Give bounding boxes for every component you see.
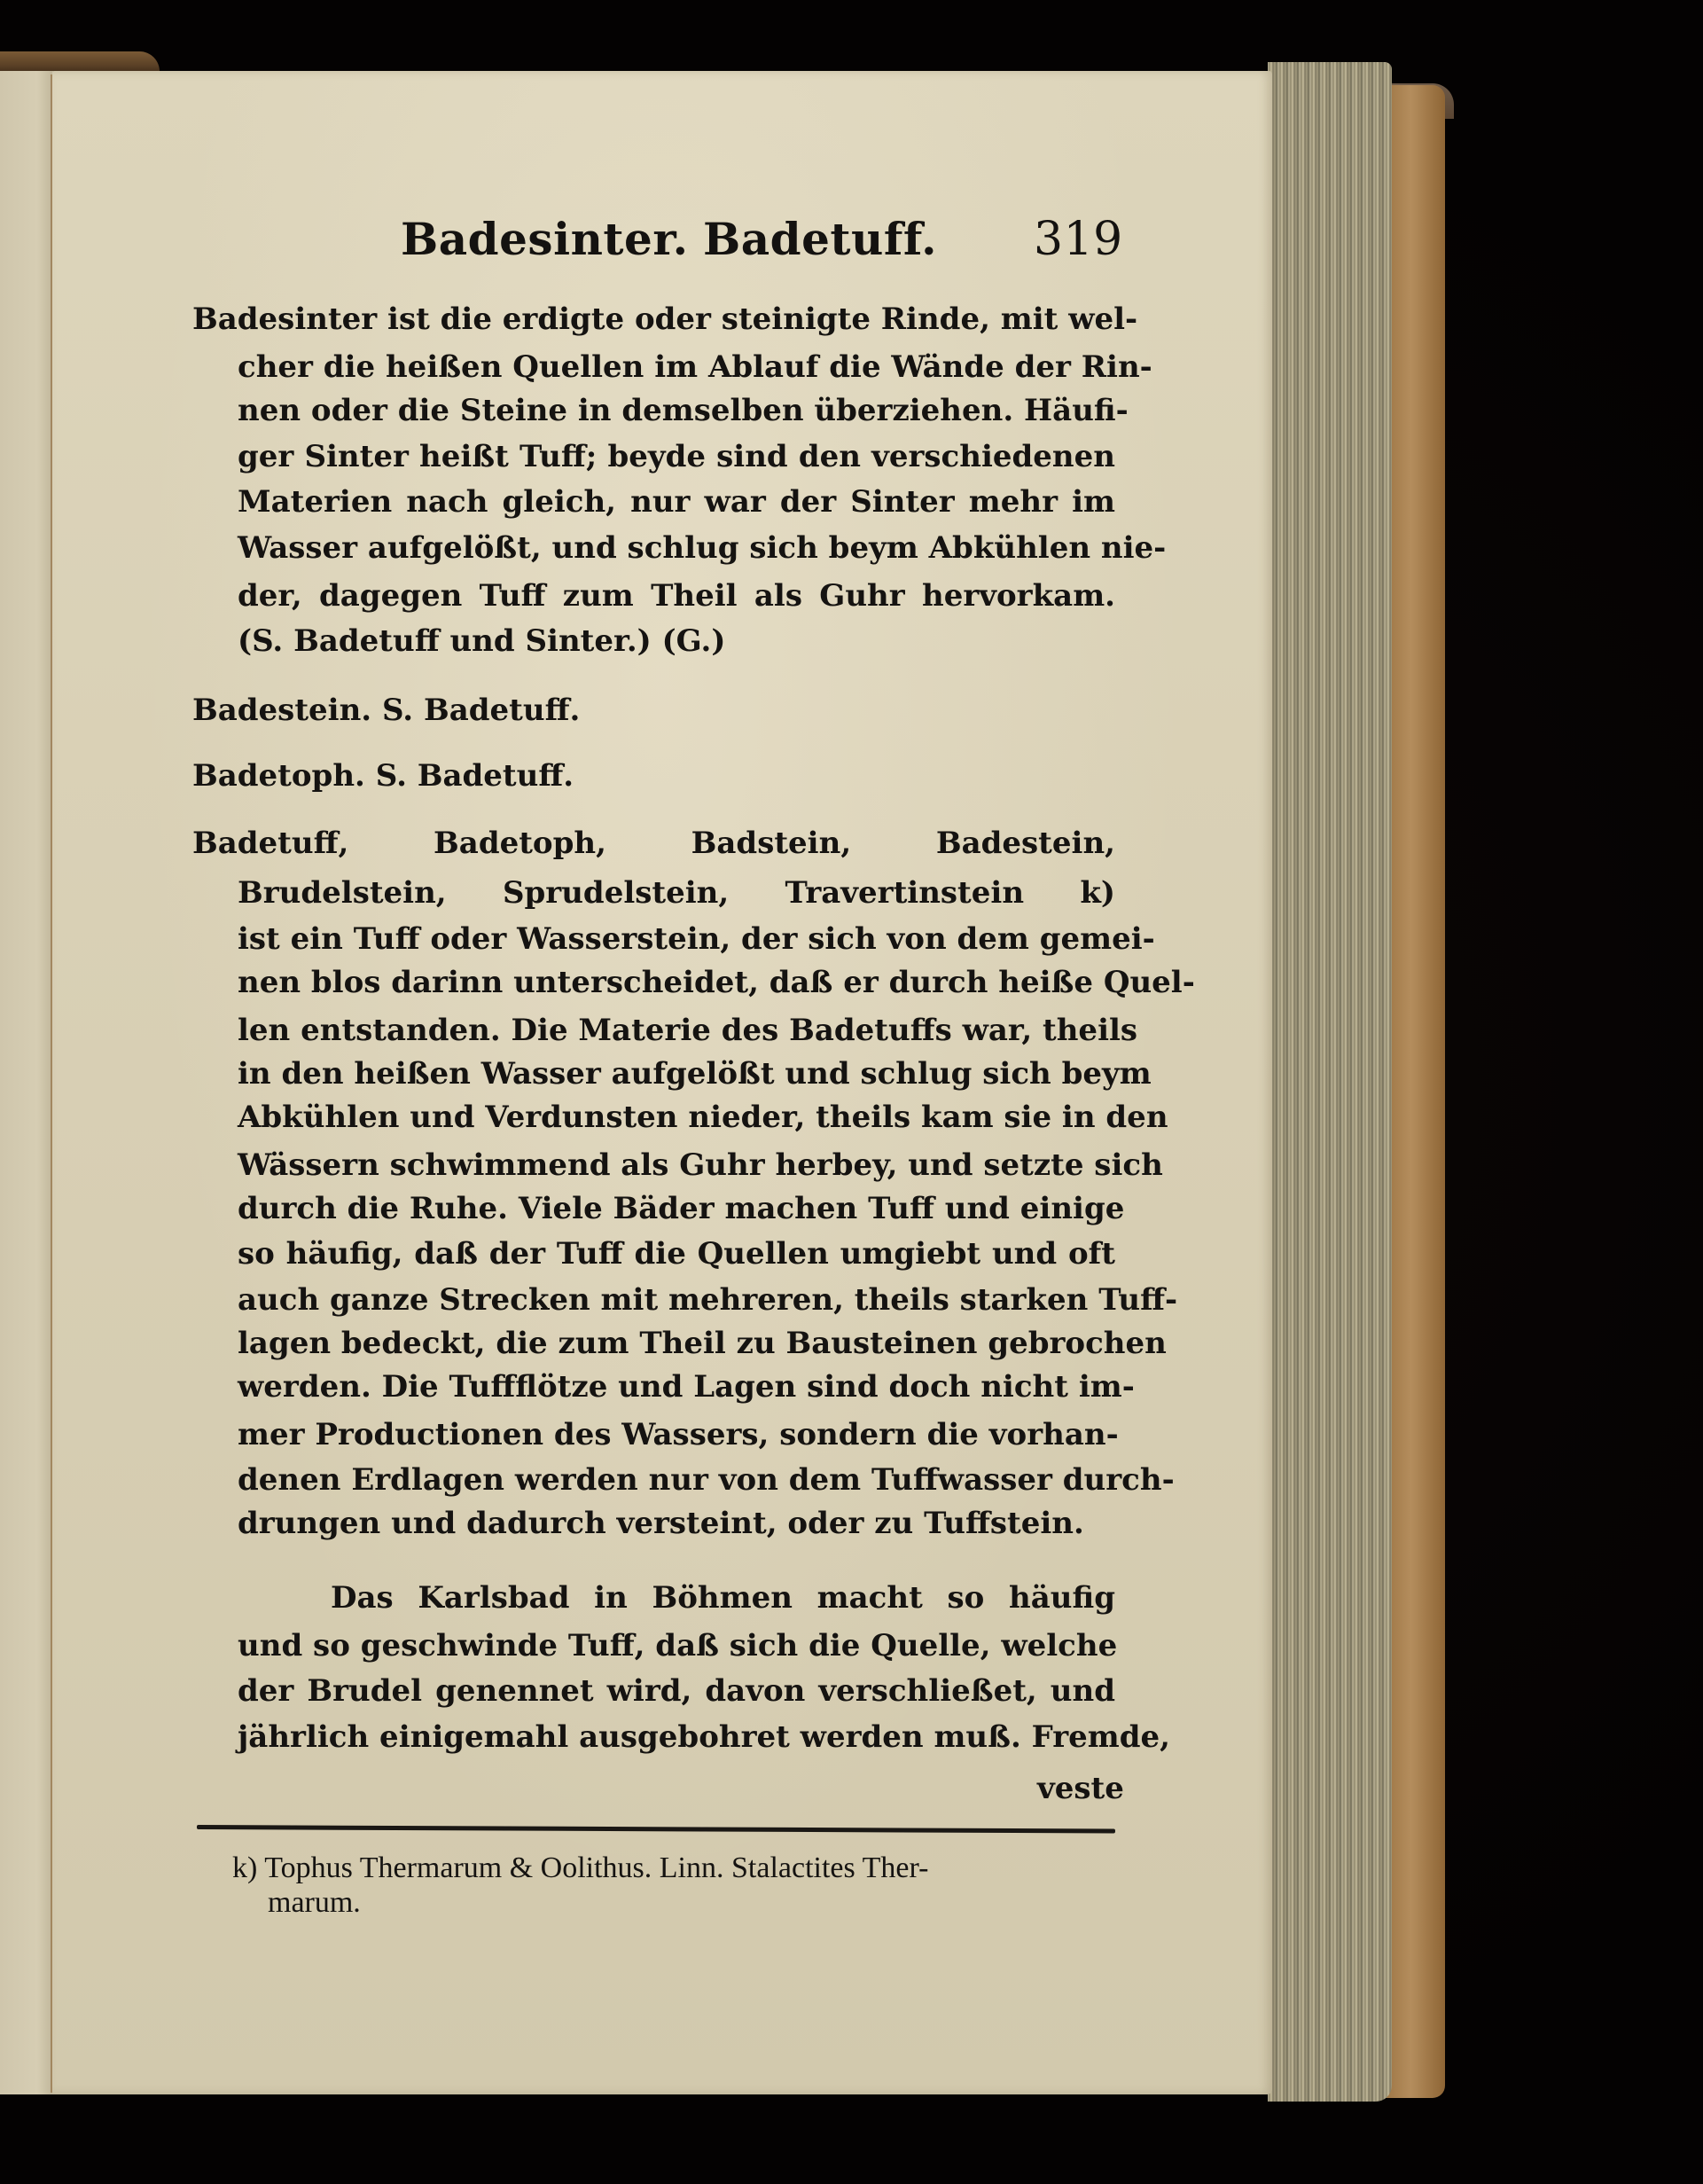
entry-badetuff-line-9: durch die Ruhe. Viele Bäder machen Tuff … [238, 1189, 1115, 1228]
paragraph-karlsbad-line-2: und so geschwinde Tuff, daß sich die Que… [238, 1626, 1115, 1665]
page-edge-stack [1268, 62, 1392, 2102]
entry-badetuff-line-5: len entstanden. Die Materie des Badetuff… [238, 1011, 1115, 1050]
entry-badetuff-line-4: nen blos darinn unterscheidet, daß er du… [238, 963, 1115, 1002]
book-binding-spine [1383, 85, 1445, 2098]
entry-badetuff-line-3: ist ein Tuff oder Wasserstein, der sich … [238, 920, 1115, 959]
paragraph-karlsbad-line-4: jährlich einigemahl ausgebohret werden m… [238, 1718, 1115, 1757]
running-head-middle: Badetuff. [703, 211, 937, 268]
entry-badetuff-line-13: werden. Die Tuffflötze und Lagen sind do… [238, 1367, 1115, 1406]
entry-badetuff-line-16: drungen und dadurch versteint, oder zu T… [238, 1504, 1084, 1543]
entry-badetuff-line-8: Wässern schwimmend als Guhr herbey, und … [238, 1146, 1115, 1185]
entry-badetuff-line-7: Abkühlen und Verdunsten nieder, theils k… [238, 1098, 1115, 1137]
entry-badetoph: Badetoph. S. Badetuff. [192, 756, 574, 795]
entry-badesinter-line-2: cher die heißen Quellen im Ablauf die Wä… [238, 348, 1115, 387]
entry-badesinter-line-3: nen oder die Steine in demselben überzie… [238, 391, 1115, 430]
facing-page-edge [0, 71, 53, 2094]
entry-badetuff-line-11: auch ganze Strecken mit mehreren, theils… [238, 1280, 1115, 1319]
entry-badetuff-line-12: lagen bedeckt, die zum Theil zu Baustein… [238, 1324, 1115, 1363]
entry-badesinter-line-7: der, dagegen Tuff zum Theil als Guhr her… [238, 576, 1115, 615]
page-number: 319 [1034, 211, 1123, 268]
entry-badesinter-line-5: Materien nach gleich, nur war der Sinter… [238, 482, 1115, 521]
gutter-line [51, 74, 52, 2093]
entry-badetuff-line-1: Badetuff, Badetoph, Badstein, Badestein, [192, 824, 1115, 863]
paragraph-karlsbad-line-3: der Brudel genennet wird, davon verschli… [238, 1671, 1115, 1710]
entry-badetuff-line-15: denen Erdlagen werden nur von dem Tuffwa… [238, 1460, 1115, 1499]
entry-badesinter-line-6: Wasser aufgelößt, und schlug sich beym A… [238, 528, 1115, 568]
entry-badesinter-line-1: Badesinter ist die erdigte oder steinigt… [192, 300, 1115, 339]
catchword: veste [1037, 1769, 1124, 1808]
entry-badesinter-line-4: ger Sinter heißt Tuff; beyde sind den ve… [238, 437, 1115, 476]
entry-badetuff-line-6: in den heißen Wasser aufgelößt und schlu… [238, 1054, 1115, 1093]
entry-badestein: Badestein. S. Badetuff. [192, 691, 580, 730]
footnote-line-1: k) Tophus Thermarum & Oolithus. Linn. St… [232, 1851, 928, 1886]
paragraph-karlsbad-line-1: Das Karlsbad in Böhmen macht so häufig [331, 1578, 1115, 1617]
entry-badesinter-line-8: (S. Badetuff und Sinter.) (G.) [238, 622, 725, 661]
running-head-left: Badesinter. [401, 211, 689, 268]
footnote-line-2: marum. [268, 1885, 361, 1921]
scan-background: Badesinter. Badetuff. 319 Badesinter ist… [0, 0, 1703, 2184]
entry-badetuff-line-10: so häufig, daß der Tuff die Quellen umgi… [238, 1234, 1115, 1273]
entry-badetuff-line-2: Brudelstein, Sprudelstein, Travertinstei… [238, 873, 1115, 912]
entry-badetuff-line-14: mer Productionen des Wassers, sondern di… [238, 1415, 1115, 1454]
